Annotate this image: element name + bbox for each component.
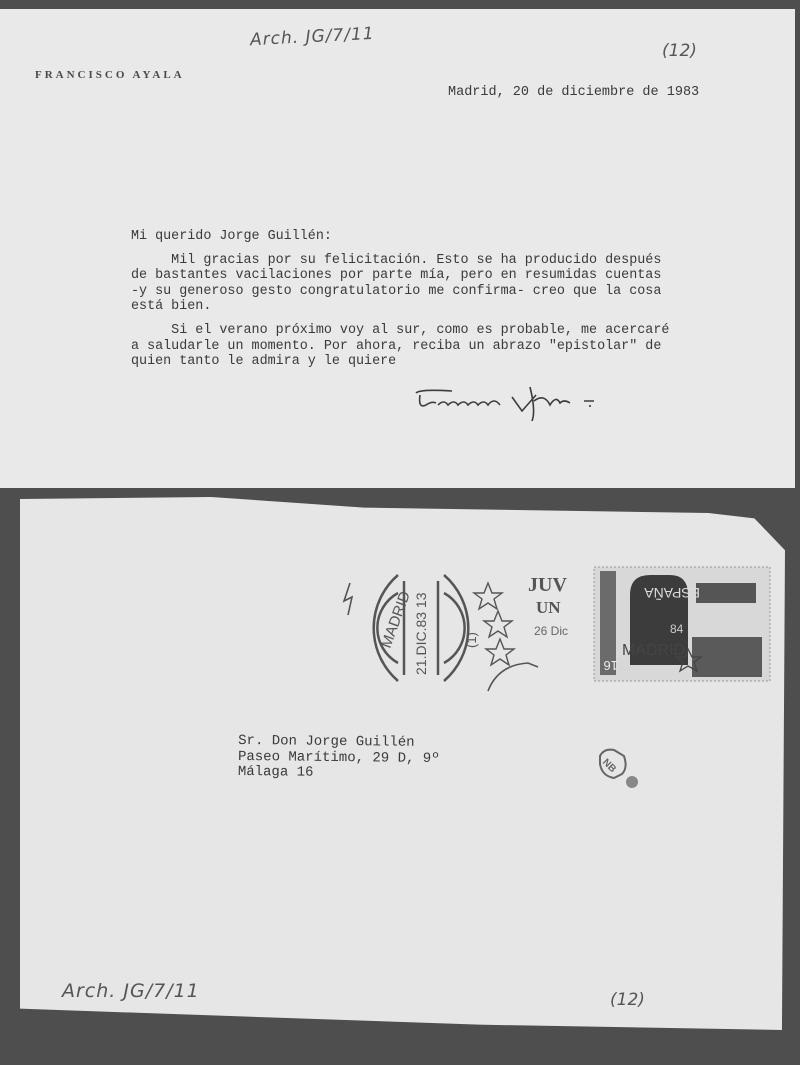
customs-mark-icon: NB (594, 744, 654, 794)
address-line: Málaga 16 (238, 765, 440, 783)
postmark-date: 21.DIC.83 13 (413, 592, 429, 675)
letterhead: FRANCISCO AYALA (35, 69, 185, 81)
paragraph1-line: de bastantes vacilaciones por parte mía,… (131, 268, 751, 284)
postmark-city: MADRID (378, 589, 414, 651)
postmark: MADRID 21.DIC.83 13 (1) JUV UN 26 Dic (338, 553, 598, 698)
salutation: Mi querido Jorge Guillén: (131, 229, 751, 245)
paragraph2-line: a saludarle un momento. Por ahora, recib… (131, 339, 751, 355)
paragraph2-line: Si el verano próximo voy al sur, como es… (131, 323, 751, 339)
letter-date: Madrid, 20 de diciembre de 1983 (448, 85, 699, 100)
letter-page: Arch. JG/7/11 (12) FRANCISCO AYALA Madri… (0, 9, 795, 488)
page-number-bottom: (12) (610, 990, 645, 1010)
archive-note-top: Arch. JG/7/11 (250, 24, 376, 50)
paragraph1-line: -y su generoso gesto congratulatorio me … (131, 284, 751, 300)
paragraph2-line: quien tanto le admira y le quiere (131, 354, 751, 370)
archive-note-bottom: Arch. JG/7/11 (62, 980, 200, 1002)
page-number-top: (12) (662, 41, 697, 61)
postmark-slogan-2: UN (536, 598, 561, 617)
paragraph1-line: está bien. (131, 299, 751, 315)
recipient-address: Sr. Don Jorge Guillén Paseo Marítimo, 29… (238, 734, 440, 783)
paragraph1-line: Mil gracias por su felicitación. Esto se… (131, 253, 751, 269)
signature (412, 381, 622, 423)
stamp-country: ESPAÑA (644, 585, 700, 601)
postage-stamp: ESPAÑA 16 MADRID 84 (592, 565, 772, 683)
postmark-slogan-1: JUV (528, 574, 567, 596)
stamp-cancel-year: 84 (670, 622, 684, 636)
stamp-value: 16 (604, 658, 618, 673)
postmark-office: (1) (464, 632, 479, 648)
letter-body: Mi querido Jorge Guillén: Mil gracias po… (131, 229, 751, 370)
postmark-slogan-date: 26 Dic (534, 624, 568, 638)
